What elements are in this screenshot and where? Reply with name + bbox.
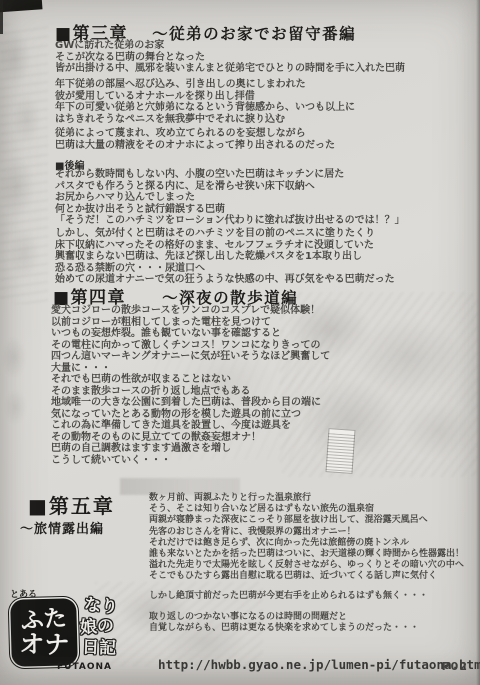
website-url: http://hwbb.gyao.ne.jp/lumen-pi/futaona.…: [158, 657, 480, 672]
scan-edge-right: [476, 0, 480, 685]
logo-musumeno-text: 娘の: [79, 616, 114, 638]
logo-nari-text: なり: [83, 595, 119, 618]
logo-ona-text: オナ: [19, 631, 69, 657]
page-number: P02: [442, 660, 468, 673]
chapter3-paragraph-4: それから数時間もしない内、小腹の空いた巴萌はキッチンに居た パスタでも作ろうと探…: [55, 169, 465, 227]
chapter5-marker: ■第五章: [28, 490, 115, 519]
chapter3-paragraph-5: しかし、気が付くと巴萌はそのハチミツを目の前のペニスに塗りたくり 床下収納にハマ…: [55, 228, 465, 286]
chapter5-paragraph-3: 取り返しのつかない事になるのは時間の問題だと 自覚しながらも、巴萌は更なる快楽を…: [149, 612, 475, 634]
chapter3-paragraph-2: 年下従弟の部屋へ忍び込み、引き出しの奥にしまわれた 彼が愛用しているオナホールを…: [55, 79, 465, 125]
scanned-doujin-page: ■第三章〜従弟のお家でお留守番編 GWに訪れた従弟のお家 そこが次なる巴萌の舞台…: [0, 0, 480, 685]
chapter4-paragraph-1: 愛犬コジローの散歩コースをワンコのコスプレで疑似体験！ 以前コジローが粗相してし…: [51, 305, 461, 375]
chapter5-paragraph-1: 数ヶ月前、両親ふたりと行った温泉旅行 そう、そこは知り合いなど居るはずもない旅先…: [149, 493, 475, 583]
chapter3-paragraph-1: GWに訪れた従弟のお家 そこが次なる巴萌の舞台となった 皆が出掛ける中、風邪を装…: [55, 40, 465, 75]
chapter5-paragraph-2: しかし絶頂寸前だった巴萌が今更右手を止められるはずも無く・・・: [149, 591, 475, 602]
futaona-logo: ふた オナ: [10, 598, 78, 667]
logo-toaru-label: とある: [10, 587, 37, 600]
logo-nikki-text: 日記: [82, 637, 117, 658]
logo-romaji: FUTAONA: [57, 662, 112, 672]
chapter4-paragraph-3: 巴萌の自己調教はますます過激さを増し こうして続いていく・・・: [51, 443, 461, 466]
chapter4-paragraph-2: それでも巴萌の性欲が収まることはない そのまま散歩コースの折り返し地点でもある …: [51, 374, 461, 444]
chapter3-paragraph-3: 従弟によって蔑まれ、攻め立てられるのを妄想しながら 巴萌は大量の精液をそのオナホ…: [55, 128, 465, 151]
background-sketch-left-mid: [0, 330, 34, 440]
background-sketch-left-top: [0, 24, 48, 304]
scan-corner-shadow: [0, 0, 42, 13]
scan-edge-left: [0, 0, 3, 34]
logo-side-text: なり 娘の 日記: [80, 596, 114, 658]
chapter5-subtitle: 〜旅情露出編: [20, 518, 104, 537]
